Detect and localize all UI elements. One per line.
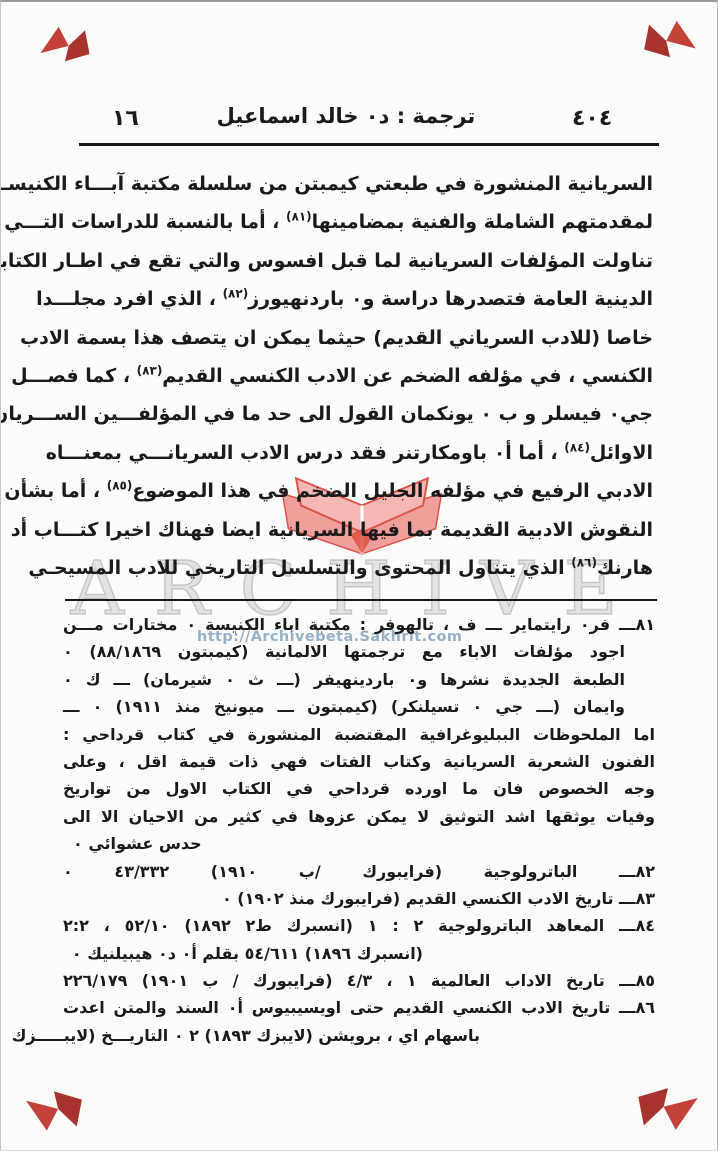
corner-ribbon-icon (641, 18, 699, 60)
footnote-line: ٨٣ـــ تاريخ الادب الكنسي القديم (فرايبور… (63, 885, 655, 912)
header-rule (79, 143, 659, 146)
footnote-line: وايمان (ـــ جي ٠ تسيلنكر) (كيمبتون ـــ م… (63, 693, 655, 720)
body-line: النقوش الادبية القديمة بما فيها السرياني… (65, 511, 653, 549)
body-line: الكنسي ، في مؤلفه الضخم عن الادب الكنسي … (65, 357, 653, 395)
footnote-ref: (٨٣) (137, 364, 163, 378)
corner-ribbon-icon (37, 24, 93, 64)
body-line: هارنك(٨٦) الذي يتناول المحتوى والتسلسل ا… (65, 549, 653, 587)
footnote-line: وفيات يوثقها اشد التوثيق لا يمكن عزوها ف… (63, 803, 655, 830)
footnote-line: ٨٢ـــ الباترولوجية (فرايبورك /ب ١٩١٠) ٤٣… (63, 858, 655, 885)
scanned-page: ARCHIVE http://Archivebeta.Sakhrit.com ١… (0, 0, 718, 1151)
footnote-line: باسهام اي ، برويشن (لايبزك ١٨٩٣) ٢ ٠ الت… (63, 1022, 655, 1049)
red-corner-mark-bottom-left (23, 1088, 85, 1134)
footnote-ref: (٨٢) (223, 287, 249, 301)
footnote-line: الفنون الشعرية السريانية وكتاب الفتات فه… (63, 748, 655, 775)
footnote-line: ٨١ـــ فر٠ رايتماير ـــ ف ، تالهوفر : مكت… (63, 611, 655, 638)
page-header: ١٦ ترجمة : د٠ خالد اسماعيل ٤٠٤ (67, 104, 655, 142)
red-corner-mark-top-right (641, 18, 699, 60)
body-line: خاصا (للادب السرياني القديم) حيثما يمكن … (65, 319, 653, 357)
body-line: تناولت المؤلفات السريانية لما قبل افسوس … (65, 242, 653, 280)
footnote-ref: (٨٥) (107, 479, 133, 493)
corner-ribbon-icon (23, 1088, 85, 1134)
footnote-line: وجه الخصوص فان ما اورده قرداحي في الكتاب… (63, 775, 655, 802)
body-line: الادبي الرفيع في مؤلفه الجليل الضخم في ه… (65, 472, 653, 510)
body-text: السريانية المنشورة في طبعتي كيمبتن من سل… (65, 165, 653, 587)
footnote-line: اما الملحوظات الببليوغرافية المقتضبة الم… (63, 721, 655, 748)
page-number-right: ٤٠٤ (572, 106, 612, 131)
footnotes: ٨١ـــ فر٠ رايتماير ـــ ف ، تالهوفر : مكت… (63, 611, 655, 1049)
body-line: السريانية المنشورة في طبعتي كيمبتن من سل… (65, 165, 653, 203)
footnote-line: حدس عشوائي ٠ (63, 830, 655, 857)
page-number-left: ١٦ (112, 106, 139, 131)
footnote-ref: (٨١) (286, 210, 312, 224)
footnote-ref: (٨٦) (571, 556, 597, 570)
footnote-line: ٨٤ـــ المعاهد الباترولوجية ٢ : ١ (انسبرك… (63, 912, 655, 939)
red-corner-mark-top-left (37, 24, 93, 64)
body-line: الاوائل(٨٤) ، أما أ٠ باومكارتنر فقد درس … (65, 434, 653, 472)
footnote-line: ٨٦ـــ تاريخ الادب الكنسي القديم حتى اويس… (63, 994, 655, 1021)
footnote-line: الطبعة الجديدة نشرها و٠ باردينهيفر (ـــ … (63, 666, 655, 693)
corner-ribbon-icon (635, 1084, 701, 1134)
body-line: جي٠ فيسلر و ب ٠ يونكمان القول الى حد ما … (65, 395, 653, 433)
body-line: الدينية العامة فتصدرها دراسة و٠ باردنهيو… (65, 280, 653, 318)
footnote-line: اجود مؤلفات الاباء مع ترجمتها الالمانية … (63, 638, 655, 665)
footnote-separator (65, 599, 657, 601)
body-line: لمقدمتهم الشاملة والفنية بمضامينها(٨١) ،… (65, 203, 653, 241)
footnote-line: (انسبرك ١٨٩٦) ٥٤/٦١١ بقلم أ٠ د٠ هيبيلنيك… (63, 940, 655, 967)
footnote-line: ٨٥ـــ تاريخ الاداب العالمية ١ ، ٤/٣ (فرا… (63, 967, 655, 994)
red-corner-mark-bottom-right (635, 1084, 701, 1134)
page-title: ترجمة : د٠ خالد اسماعيل (196, 104, 496, 128)
footnote-ref: (٨٤) (564, 440, 590, 454)
